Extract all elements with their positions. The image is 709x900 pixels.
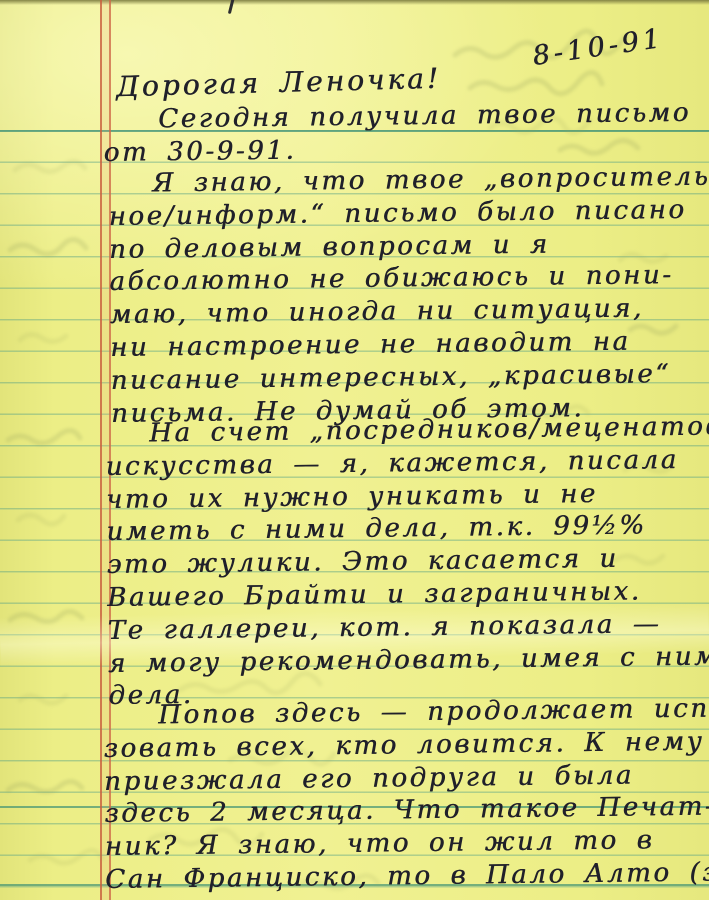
letter-date: 8-10-91 (530, 23, 665, 72)
letter-page: 8-10-91 Дорогая Леночка! Сегодня получил… (0, 0, 709, 900)
paragraph: Сегодня получила твое письмо от 30-9-91. (103, 97, 692, 170)
pen-mark (228, 0, 235, 14)
paragraph: Я знаю, что твое „вопроситель- ное/инфор… (108, 161, 709, 431)
paragraph: Попов здесь — продолжает исполь- зовать … (103, 692, 709, 897)
letter-line: Сан Франциско, то в Пало Алто (это (105, 856, 709, 897)
paragraph: На счет „посредников/меценатов“ искусств… (105, 410, 709, 713)
salutation: Дорогая Леночка! (116, 62, 442, 103)
